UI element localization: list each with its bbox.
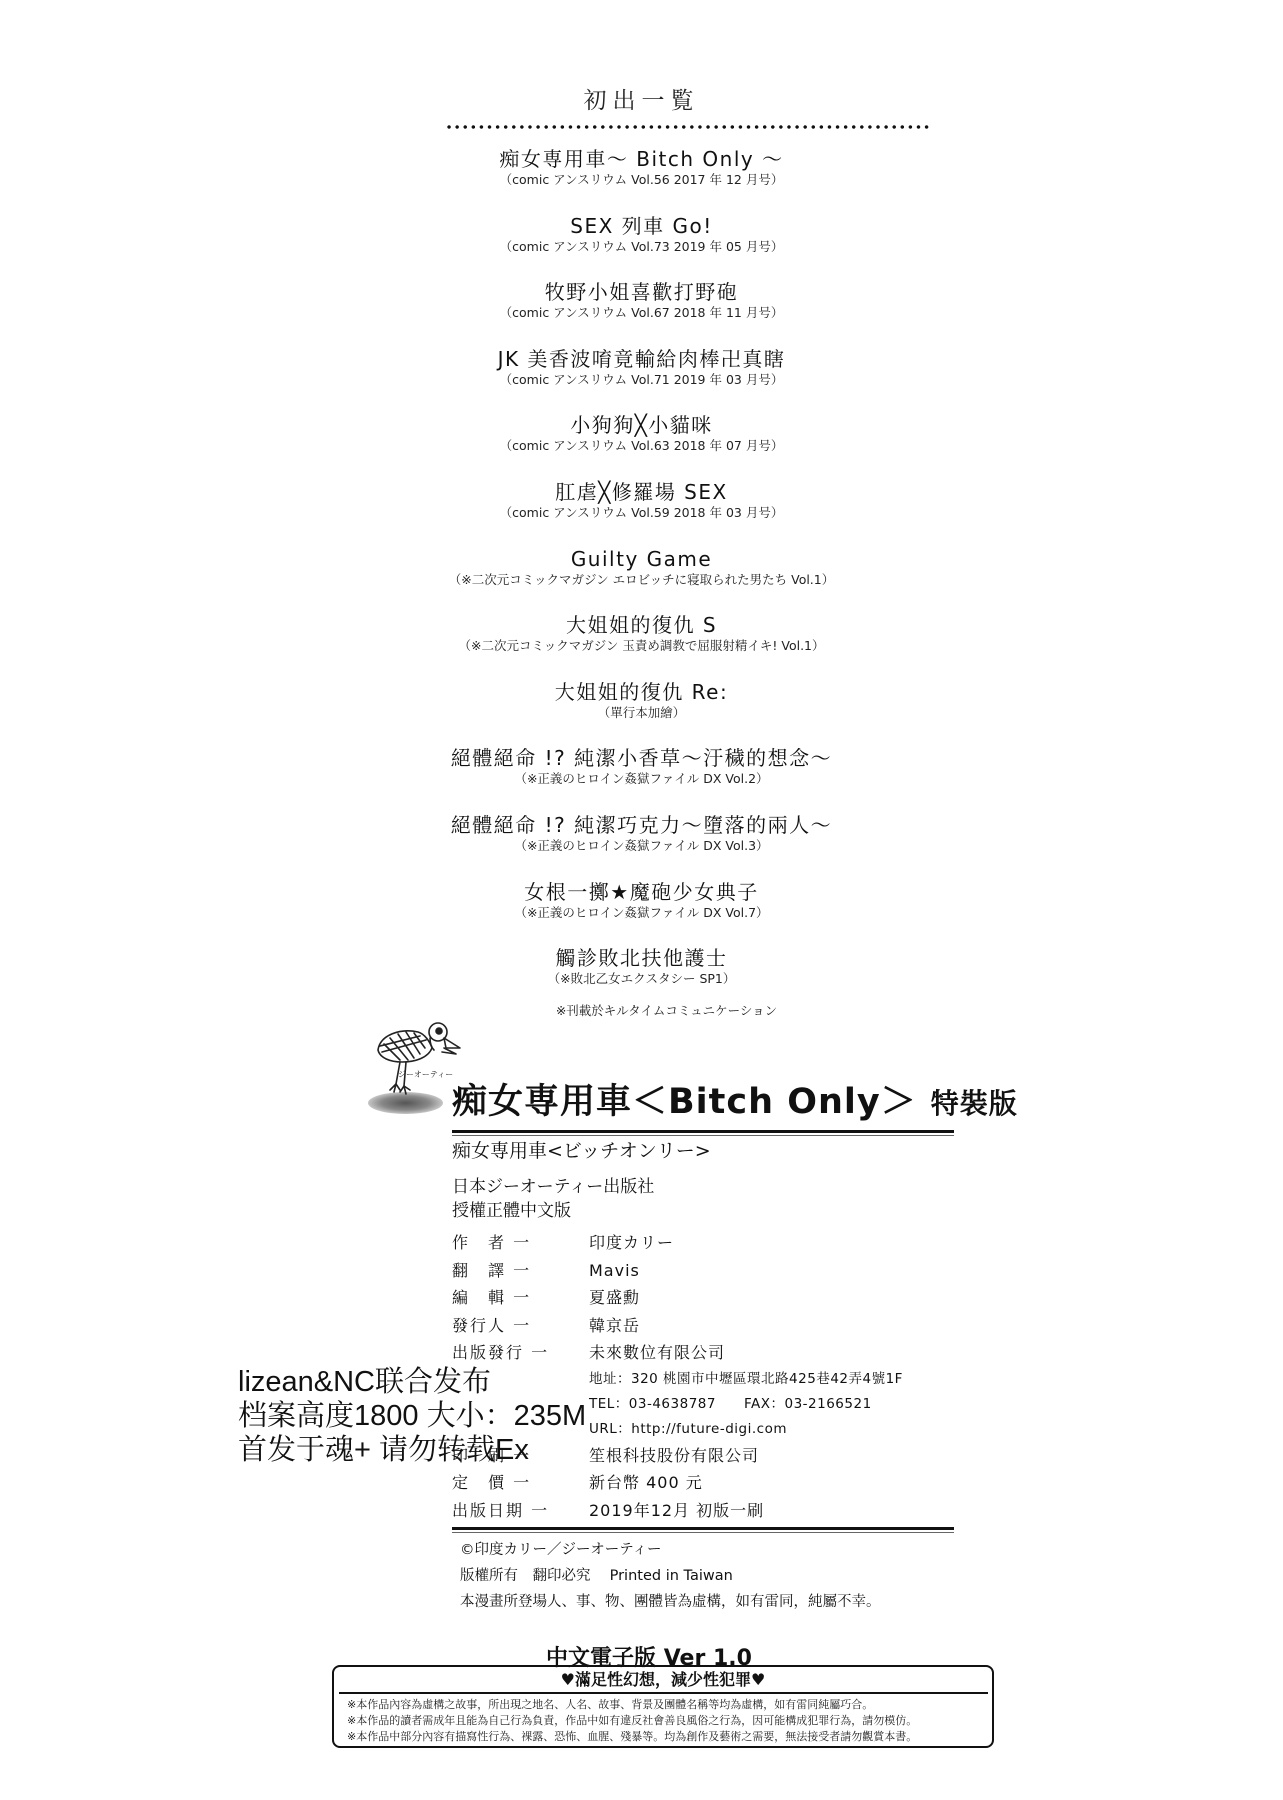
address: 地址：320 桃園市中壢區環北路425巷42弄4號1F	[589, 1367, 1022, 1392]
credit-row: 編 輯 一 夏盛勳	[452, 1284, 1022, 1312]
publication-list: 痴女専用車～ Bitch Only ～ （comic アンスリウム Vol.56…	[0, 146, 1283, 1012]
publication-title: 絕體絕命 !? 純潔小香草～汙穢的想念～	[0, 745, 1283, 771]
credit-label: 編 輯 一	[452, 1284, 589, 1312]
publication-item: 牧野小姐喜歡打野砲 （comic アンスリウム Vol.67 2018 年 11…	[0, 279, 1283, 346]
credit-label: 出版發行 一	[452, 1339, 589, 1367]
publication-source: （單行本加繪）	[0, 705, 1283, 720]
license-note: 授權正體中文版	[452, 1199, 1022, 1223]
notice-line: ※本作品中部分內容有描寫性行為、裸露、恐怖、血腥、殘暴等。均為創作及藝術之需要，…	[347, 1729, 992, 1745]
publication-source: （comic アンスリウム Vol.73 2019 年 05 月号）	[0, 239, 1283, 254]
credit-row: 出版日期 一 2019年12月 初版一刷	[452, 1497, 1022, 1525]
publication-title: 觸診敗北扶他護士	[0, 945, 1283, 971]
publication-source: （※正義のヒロイン姦獄ファイル DX Vol.7）	[0, 905, 1283, 920]
publication-title: SEX 列車 Go!	[0, 213, 1283, 239]
publication-item: 大姐姐的復仇 S （※二次元コミックマガジン 玉責め調教で屈服射精イキ! Vol…	[0, 612, 1283, 679]
publication-source: （comic アンスリウム Vol.59 2018 年 03 月号）	[0, 505, 1283, 520]
credit-label: 作 者 一	[452, 1229, 589, 1257]
publication-source: （comic アンスリウム Vol.67 2018 年 11 月号）	[0, 305, 1283, 320]
publication-note: ※刊載於キルタイムコミュニケーション	[0, 1001, 1283, 1019]
book-title-text: 痴女専用車＜Bitch Only＞	[452, 1082, 917, 1122]
publisher: 日本ジーオーティー出版社	[452, 1175, 1022, 1199]
credit-value: 韓京岳	[589, 1312, 640, 1340]
credit-value: 印度カリー	[589, 1229, 674, 1257]
credit-label: 翻 譯 一	[452, 1257, 589, 1285]
credit-row: 翻 譯 一 Mavis	[452, 1257, 1022, 1285]
book-edition: 特裝版	[931, 1087, 1018, 1120]
mascot-label: ジーオーティー	[398, 1069, 453, 1080]
book-title: 痴女専用車＜Bitch Only＞特裝版	[452, 1080, 1022, 1126]
notice-lines: ※本作品內容為虛構之故事，所出現之地名、人名、故事、背景及團體名稱等均為虛構，如…	[334, 1697, 992, 1745]
publication-item: SEX 列車 Go! （comic アンスリウム Vol.73 2019 年 0…	[0, 213, 1283, 280]
publication-title: Guilty Game	[0, 546, 1283, 572]
publication-title: 小狗狗╳小貓咪	[0, 412, 1283, 438]
publication-source: （※敗北乙女エクスタシー SP1）	[0, 971, 1283, 986]
credit-value: 未來數位有限公司	[589, 1339, 725, 1367]
colophon: 痴女専用車＜Bitch Only＞特裝版 痴女専用車<ビッチオンリー> 日本ジー…	[452, 1080, 1022, 1615]
credit-row: 作 者 一 印度カリー	[452, 1229, 1022, 1257]
publication-title: 女根一擲★魔砲少女典子	[0, 879, 1283, 905]
publication-item: 肛虐╳修羅場 SEX （comic アンスリウム Vol.59 2018 年 0…	[0, 479, 1283, 546]
publication-title: 痴女専用車～ Bitch Only ～	[0, 146, 1283, 172]
dotted-divider	[445, 124, 931, 130]
publication-source: （comic アンスリウム Vol.63 2018 年 07 月号）	[0, 438, 1283, 453]
notice-divider	[339, 1692, 988, 1694]
copyright-block: ©印度カリー／ジーオーティー 版權所有 翻印必究 Printed in Taiw…	[452, 1537, 1022, 1615]
credit-label: 發行人 一	[452, 1312, 589, 1340]
credit-row: 出版發行 一 未來數位有限公司	[452, 1339, 1022, 1367]
publication-source: （※正義のヒロイン姦獄ファイル DX Vol.3）	[0, 838, 1283, 853]
publication-item: JK 美香波唷竟輸給肉棒卍真瞎 （comic アンスリウム Vol.71 201…	[0, 346, 1283, 413]
title-divider	[452, 1130, 954, 1136]
publication-title: 肛虐╳修羅場 SEX	[0, 479, 1283, 505]
website-url: URL：http://future-digi.com	[589, 1417, 1022, 1442]
credit-row: 發行人 一 韓京岳	[452, 1312, 1022, 1340]
page-heading: 初出一覧	[0, 82, 1283, 115]
publication-source: （comic アンスリウム Vol.71 2019 年 03 月号）	[0, 372, 1283, 387]
publication-item: 痴女専用車～ Bitch Only ～ （comic アンスリウム Vol.56…	[0, 146, 1283, 213]
credit-value: 笙根科技股份有限公司	[589, 1442, 759, 1470]
copyright-line: 本漫畫所登場人、事、物、團體皆為虛構，如有雷同，純屬不幸。	[460, 1589, 1022, 1615]
credit-value: 新台幣 400 元	[589, 1469, 703, 1497]
copyright-line: ©印度カリー／ジーオーティー	[460, 1537, 1022, 1563]
credit-value: Mavis	[589, 1257, 640, 1285]
credit-row: 定 價 一 新台幣 400 元	[452, 1469, 1022, 1497]
notice-headline: ♥滿足性幻想，減少性犯罪♥	[334, 1667, 992, 1692]
phone-fax: TEL：03-4638787 FAX：03-2166521	[589, 1392, 1022, 1417]
publication-title: JK 美香波唷竟輸給肉棒卍真瞎	[0, 346, 1283, 372]
publication-item: 絕體絕命 !? 純潔巧克力～墮落的兩人～ （※正義のヒロイン姦獄ファイル DX …	[0, 812, 1283, 879]
watermark-line: 首发于魂+ 请勿转载Ex	[238, 1433, 586, 1467]
watermark-line: 档案高度1800 大小：235M	[238, 1399, 586, 1433]
release-watermark: lizean&NC联合发布 档案高度1800 大小：235M 首发于魂+ 请勿转…	[238, 1365, 586, 1467]
credit-value: 夏盛勳	[589, 1284, 640, 1312]
publication-title: 大姐姐的復仇 S	[0, 612, 1283, 638]
notice-line: ※本作品內容為虛構之故事，所出現之地名、人名、故事、背景及團體名稱等均為虛構，如…	[347, 1697, 992, 1713]
publication-source: （※正義のヒロイン姦獄ファイル DX Vol.2）	[0, 771, 1283, 786]
publication-item: 絕體絕命 !? 純潔小香草～汙穢的想念～ （※正義のヒロイン姦獄ファイル DX …	[0, 745, 1283, 812]
publication-source: （※二次元コミックマガジン エロビッチに寝取られた男たち Vol.1）	[0, 572, 1283, 587]
publication-item: Guilty Game （※二次元コミックマガジン エロビッチに寝取られた男たち…	[0, 546, 1283, 613]
credit-value: 2019年12月 初版一刷	[589, 1497, 764, 1525]
book-subtitle: 痴女専用車<ビッチオンリー>	[452, 1137, 1022, 1165]
copyright-line: 版權所有 翻印必究 Printed in Taiwan	[460, 1563, 1022, 1589]
publication-source: （comic アンスリウム Vol.56 2017 年 12 月号）	[0, 172, 1283, 187]
credit-label: 定 價 一	[452, 1469, 589, 1497]
colophon-divider	[452, 1527, 954, 1533]
publication-title: 牧野小姐喜歡打野砲	[0, 279, 1283, 305]
publication-title: 大姐姐的復仇 Re:	[0, 679, 1283, 705]
publication-source: （※二次元コミックマガジン 玉責め調教で屈服射精イキ! Vol.1）	[0, 638, 1283, 653]
notice-line: ※本作品的讀者需成年且能為自己行為負責，作品中如有違反社會善良風俗之行為，因可能…	[347, 1713, 992, 1729]
publication-item: 女根一擲★魔砲少女典子 （※正義のヒロイン姦獄ファイル DX Vol.7）	[0, 879, 1283, 946]
publication-title: 絕體絕命 !? 純潔巧克力～墮落的兩人～	[0, 812, 1283, 838]
notice-box: ♥滿足性幻想，減少性犯罪♥ ※本作品內容為虛構之故事，所出現之地名、人名、故事、…	[332, 1665, 994, 1748]
credit-label: 出版日期 一	[452, 1497, 589, 1525]
watermark-line: lizean&NC联合发布	[238, 1365, 586, 1399]
publication-item: 小狗狗╳小貓咪 （comic アンスリウム Vol.63 2018 年 07 月…	[0, 412, 1283, 479]
publication-item: 大姐姐的復仇 Re: （單行本加繪）	[0, 679, 1283, 746]
